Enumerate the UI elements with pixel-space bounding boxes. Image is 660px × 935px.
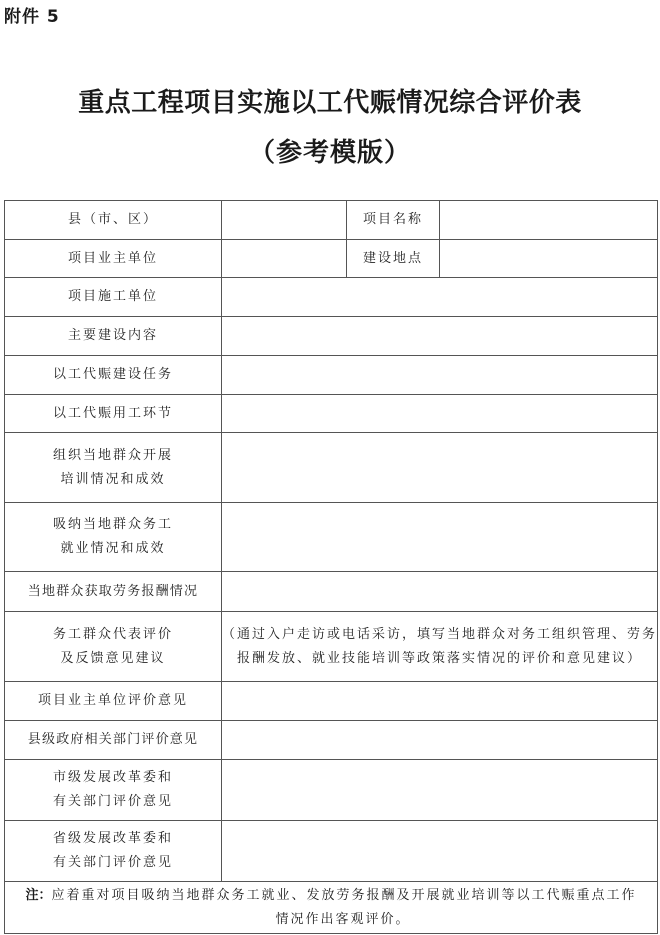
note-label: 注： [25,888,51,903]
contractor-label: 项目施工单位 [5,278,222,317]
owner-label: 项目业主单位 [5,240,222,278]
form-row-labor-pay: 当地群众获取劳务报酬情况 [5,572,658,612]
note-text: 应着重对项目吸纳当地群众务工就业、发放劳务报酬及开展就业培训等以工代赈重点工作 [52,888,637,903]
form-row-work-relief-task: 以工代赈建设任务 [5,356,658,395]
form-row-county-opinion: 县级政府相关部门评价意见 [5,721,658,760]
county-field[interactable] [222,201,347,240]
county-label: 县（市、区） [5,201,222,240]
province-opinion-label: 省级发展改革委和 有关部门评价意见 [5,821,222,882]
training-field[interactable] [222,433,658,503]
training-label: 组织当地群众开展 培训情况和成效 [5,433,222,503]
employment-stage-field[interactable] [222,395,658,433]
form-row-main-content: 主要建设内容 [5,317,658,356]
worker-feedback-field[interactable]: （通过入户走访或电话采访，填写当地群众对务工组织管理、劳务报酬发放、就业技能培训… [222,612,658,682]
employment-label-line2: 就业情况和成效 [5,537,221,561]
owner-field[interactable] [222,240,347,278]
form-row-employment-stage: 以工代赈用工环节 [5,395,658,433]
location-label: 建设地点 [347,240,440,278]
project-name-field[interactable] [440,201,658,240]
note-text-continued: 情况作出客观评价。 [5,908,657,932]
city-opinion-field[interactable] [222,760,658,821]
form-row-city-opinion: 市级发展改革委和 有关部门评价意见 [5,760,658,821]
form-row-county: 县（市、区） 项目名称 [5,201,658,240]
worker-feedback-label-line1: 务工群众代表评价 [5,623,221,647]
county-opinion-field[interactable] [222,721,658,760]
employment-stage-label: 以工代赈用工环节 [5,395,222,433]
owner-opinion-field[interactable] [222,682,658,721]
form-row-training: 组织当地群众开展 培训情况和成效 [5,433,658,503]
work-relief-task-field[interactable] [222,356,658,395]
worker-feedback-label-line2: 及反馈意见建议 [5,647,221,671]
training-label-line2: 培训情况和成效 [5,468,221,492]
province-opinion-label-line1: 省级发展改革委和 [5,827,221,851]
city-opinion-label-line1: 市级发展改革委和 [5,766,221,790]
form-row-owner-opinion: 项目业主单位评价意见 [5,682,658,721]
form-row-contractor: 项目施工单位 [5,278,658,317]
form-row-worker-feedback: 务工群众代表评价 及反馈意见建议 （通过入户走访或电话采访，填写当地群众对务工组… [5,612,658,682]
city-opinion-label: 市级发展改革委和 有关部门评价意见 [5,760,222,821]
worker-feedback-label: 务工群众代表评价 及反馈意见建议 [5,612,222,682]
county-opinion-label: 县级政府相关部门评价意见 [5,721,222,760]
form-row-owner: 项目业主单位 建设地点 [5,240,658,278]
main-content-field[interactable] [222,317,658,356]
contractor-field[interactable] [222,278,658,317]
employment-field[interactable] [222,503,658,572]
training-label-line1: 组织当地群众开展 [5,444,221,468]
form-row-province-opinion: 省级发展改革委和 有关部门评价意见 [5,821,658,882]
page-title: 重点工程项目实施以工代赈情况综合评价表 [0,82,660,119]
employment-label-line1: 吸纳当地群众务工 [5,513,221,537]
province-opinion-label-line2: 有关部门评价意见 [5,851,221,875]
form-row-employment: 吸纳当地群众务工 就业情况和成效 [5,503,658,572]
labor-pay-label: 当地群众获取劳务报酬情况 [5,572,222,612]
project-name-label: 项目名称 [347,201,440,240]
note-cell: 注：应着重对项目吸纳当地群众务工就业、发放劳务报酬及开展就业培训等以工代赈重点工… [5,882,658,934]
labor-pay-field[interactable] [222,572,658,612]
evaluation-form-table: 县（市、区） 项目名称 项目业主单位 建设地点 项目施工单位 主要建设内容 以工… [4,200,658,934]
location-field[interactable] [440,240,658,278]
page-subtitle: （参考模版） [0,132,660,169]
form-row-note: 注：应着重对项目吸纳当地群众务工就业、发放劳务报酬及开展就业培训等以工代赈重点工… [5,882,658,934]
employment-label: 吸纳当地群众务工 就业情况和成效 [5,503,222,572]
owner-opinion-label: 项目业主单位评价意见 [5,682,222,721]
province-opinion-field[interactable] [222,821,658,882]
attachment-label: 附件 5 [4,2,60,27]
city-opinion-label-line2: 有关部门评价意见 [5,790,221,814]
work-relief-task-label: 以工代赈建设任务 [5,356,222,395]
main-content-label: 主要建设内容 [5,317,222,356]
